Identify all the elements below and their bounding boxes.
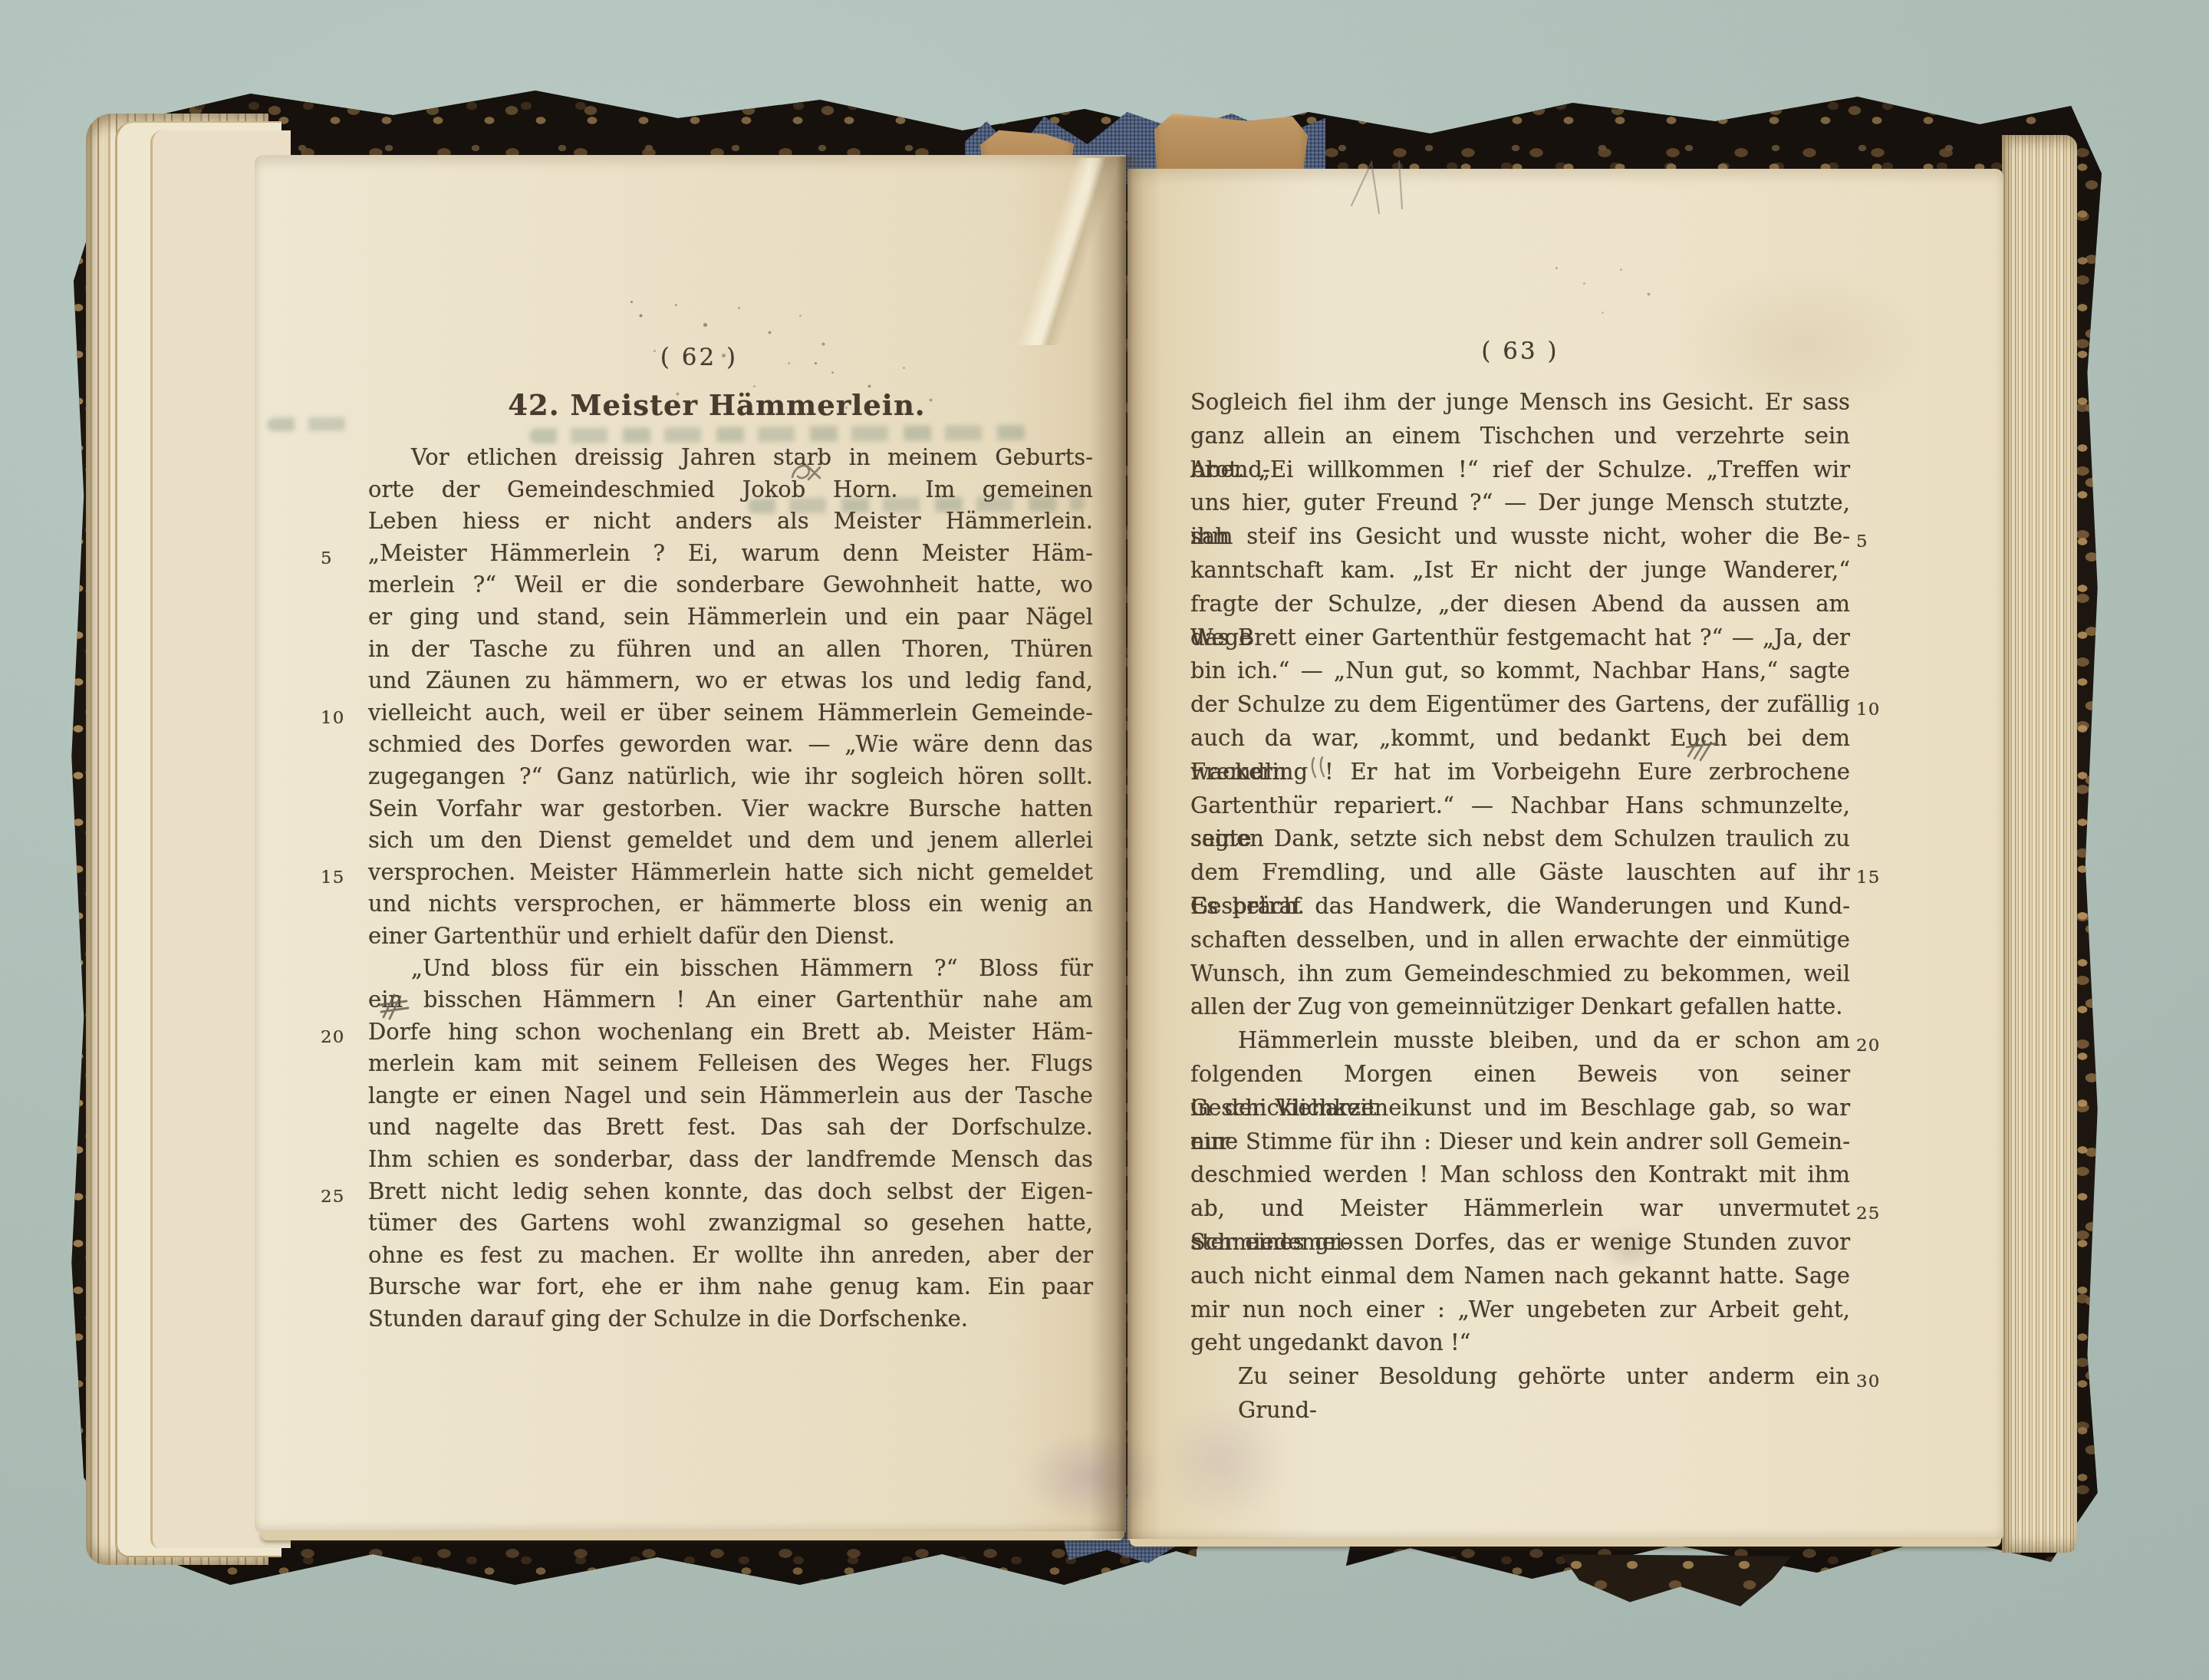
line-text: einer Gartenthür und erhielt dafür den D… bbox=[368, 923, 895, 949]
line-number: 25 bbox=[321, 1181, 360, 1214]
text-line: auch nicht einmal dem Namen nach gekannt… bbox=[1190, 1260, 1850, 1293]
text-line: in der Vieharzeneikunst und im Beschlage… bbox=[1190, 1092, 1850, 1125]
ink-speckles-right bbox=[1556, 267, 1558, 269]
line-text: Hämmerlein musste bleiben, und da er sch… bbox=[1238, 1027, 1850, 1053]
book-photo: ( 62 ) 42. Meister Hämmerlein. Vor etlic… bbox=[0, 0, 2209, 1680]
text-line: merlein ?“ Weil er die sonderbare Gewohn… bbox=[368, 569, 1093, 601]
text-line: in der Tasche zu führen und an allen Tho… bbox=[368, 634, 1093, 666]
right-fore-edge-stack bbox=[2002, 135, 2077, 1553]
line-text: Es betraf das Handwerk, die Wanderungen … bbox=[1190, 893, 1850, 919]
line-text: Vor etlichen dreissig Jahren starb in me… bbox=[411, 444, 1093, 470]
text-line: 5ihm steif ins Gesicht und wusste nicht,… bbox=[1190, 520, 1850, 554]
line-text: brot. „Ei willkommen !“ rief der Schulze… bbox=[1190, 456, 1850, 483]
text-line: brot. „Ei willkommen !“ rief der Schulze… bbox=[1190, 453, 1850, 487]
text-line: 30Zu seiner Besoldung gehörte unter ande… bbox=[1190, 1360, 1850, 1394]
line-text: Dorfe hing schon wochenlang ein Brett ab… bbox=[368, 1019, 1093, 1045]
line-text: und nagelte das Brett fest. Das sah der … bbox=[368, 1114, 1093, 1140]
text-line: schaften desselben, und in allen erwacht… bbox=[1190, 924, 1850, 957]
line-text: Ihm schien es sonderbar, dass der landfr… bbox=[368, 1146, 1093, 1172]
line-number: 20 bbox=[1856, 1029, 1896, 1063]
text-line: eine Stimme für ihn : Dieser und kein an… bbox=[1190, 1125, 1850, 1159]
pencil-scribble-horn bbox=[790, 459, 824, 488]
pencil-scribble-eure bbox=[1684, 735, 1723, 766]
line-text: eine Stimme für ihn : Dieser und kein an… bbox=[1190, 1128, 1850, 1155]
line-text: und nichts versprochen, er hämmerte blos… bbox=[368, 891, 1093, 917]
line-text: Leben hiess er nicht anders als Meister … bbox=[368, 508, 1093, 534]
line-number: 20 bbox=[321, 1022, 360, 1054]
line-text: zugegangen ?“ Ganz natürlich, wie ihr so… bbox=[368, 763, 1093, 789]
text-line: 5„Meister Hämmerlein ? Ei, warum denn Me… bbox=[368, 538, 1093, 570]
text-line: einer Gartenthür und erhielt dafür den D… bbox=[368, 921, 1093, 953]
story-title: 42. Meister Hämmerlein. bbox=[354, 388, 1079, 422]
text-line: ein bisschen Hämmern ! An einer Gartenth… bbox=[368, 984, 1093, 1016]
ink-speckles-header bbox=[630, 301, 633, 303]
text-line: 15dem Fremdling, und alle Gäste lauschte… bbox=[1190, 856, 1850, 890]
line-text: er ging und stand, sein Hämmerlein und e… bbox=[368, 604, 1093, 630]
show-through-text-3 bbox=[267, 417, 359, 432]
line-text: auch nicht einmal dem Namen nach gekannt… bbox=[1190, 1263, 1850, 1289]
line-text: das Brett einer Gartenthür festgemacht h… bbox=[1190, 624, 1850, 651]
text-line: ganz allein an einem Tischchen und verze… bbox=[1190, 420, 1850, 453]
line-text: Sogleich fiel ihm der junge Mensch ins G… bbox=[1190, 389, 1850, 415]
line-text: sich um den Dienst gemeldet und dem und … bbox=[368, 827, 1093, 853]
text-line: auch da war, „kommt, und bedankt Euch be… bbox=[1190, 722, 1850, 756]
line-text: Sein Vorfahr war gestorben. Vier wackre … bbox=[368, 796, 1093, 822]
text-line: Fremdling ! Er hat im Vorbeigehn Eure ze… bbox=[1190, 756, 1850, 789]
text-line: Leben hiess er nicht anders als Meister … bbox=[368, 506, 1093, 538]
page-62-bottom-edge bbox=[261, 1531, 1124, 1540]
line-text: seinen Dank, setzte sich nebst dem Schul… bbox=[1190, 825, 1850, 852]
line-text: Bursche war fort, ehe er ihm nahe genug … bbox=[368, 1273, 1093, 1300]
text-line: deschmied werden ! Man schloss den Kontr… bbox=[1190, 1158, 1850, 1192]
text-line: Vor etlichen dreissig Jahren starb in me… bbox=[368, 442, 1093, 474]
text-line: uns hier, guter Freund ?“ — Der junge Me… bbox=[1190, 486, 1850, 520]
line-text: „Und bloss für ein bisschen Hämmern ?“ B… bbox=[411, 955, 1093, 981]
text-line: tümer des Gartens wohl zwanzigmal so ges… bbox=[368, 1207, 1093, 1240]
text-line: und nagelte das Brett fest. Das sah der … bbox=[368, 1112, 1093, 1144]
text-line: 25Brett nicht ledig sehen konnte, das do… bbox=[368, 1176, 1093, 1208]
line-number: 15 bbox=[321, 862, 360, 894]
line-number: 10 bbox=[1856, 693, 1896, 727]
text-line: allen der Zug von gemeinnütziger Denkart… bbox=[1190, 990, 1850, 1024]
line-text: ihm steif ins Gesicht und wusste nicht, … bbox=[1190, 523, 1850, 549]
line-text: Wunsch, ihn zum Gemeindeschmied zu bekom… bbox=[1190, 960, 1850, 987]
line-text: deschmied werden ! Man schloss den Kontr… bbox=[1190, 1161, 1850, 1188]
text-line: schmied des Dorfes geworden war. — „Wie … bbox=[368, 729, 1093, 761]
line-text: merlein kam mit seinem Felleisen des Weg… bbox=[368, 1050, 1093, 1076]
line-text: Fremdling ! Er hat im Vorbeigehn Eure ze… bbox=[1190, 759, 1850, 785]
pencil-corner-strokes bbox=[1344, 155, 1417, 244]
line-text: orte der Gemeindeschmied Jokob Horn. Im … bbox=[368, 476, 1093, 502]
text-line: mir nun noch einer : „Wer ungebeten zur … bbox=[1190, 1293, 1850, 1327]
text-line: 20Hämmerlein musste bleiben, und da er s… bbox=[1190, 1024, 1850, 1058]
line-number: 5 bbox=[321, 543, 360, 575]
text-line: Ihm schien es sonderbar, dass der landfr… bbox=[368, 1144, 1093, 1176]
line-text: und Zäunen zu hämmern, wo er etwas los u… bbox=[368, 667, 1093, 693]
line-text: ein bisschen Hämmern ! An einer Gartenth… bbox=[368, 987, 1093, 1013]
text-line: ster eines grossen Dorfes, das er wenige… bbox=[1190, 1226, 1850, 1260]
line-text: ster eines grossen Dorfes, das er wenige… bbox=[1190, 1229, 1850, 1255]
line-text: tümer des Gartens wohl zwanzigmal so ges… bbox=[368, 1210, 1093, 1236]
text-line: kanntschaft kam. „Ist Er nicht der junge… bbox=[1190, 554, 1850, 588]
text-line: Sogleich fiel ihm der junge Mensch ins G… bbox=[1190, 386, 1850, 420]
text-line: seinen Dank, setzte sich nebst dem Schul… bbox=[1190, 822, 1850, 856]
text-line: Gartenthür repariert.“ — Nachbar Hans sc… bbox=[1190, 789, 1850, 823]
text-line: 15versprochen. Meister Hämmerlein hatte … bbox=[368, 857, 1093, 889]
line-text: „Meister Hämmerlein ? Ei, warum denn Mei… bbox=[368, 540, 1093, 566]
text-line: Bursche war fort, ehe er ihm nahe genug … bbox=[368, 1271, 1093, 1303]
text-line: geht ungedankt davon !“ bbox=[1190, 1326, 1850, 1360]
text-line: Es betraf das Handwerk, die Wanderungen … bbox=[1190, 890, 1850, 924]
text-line: Stunden darauf ging der Schulze in die D… bbox=[368, 1303, 1093, 1336]
line-text: geht ungedankt davon !“ bbox=[1190, 1329, 1470, 1356]
running-head-63: ( 63 ) bbox=[1190, 338, 1850, 365]
text-line: 10der Schulze zu dem Eigentümer des Gart… bbox=[1190, 688, 1850, 722]
running-head-62: ( 62 ) bbox=[337, 344, 1062, 371]
line-number: 30 bbox=[1856, 1365, 1896, 1399]
line-text: bin ich.“ — „Nun gut, so kommt, Nachbar … bbox=[1190, 657, 1850, 684]
line-text: ohne es fest zu machen. Er wollte ihn an… bbox=[368, 1242, 1093, 1268]
line-text: in der Tasche zu führen und an allen Tho… bbox=[368, 636, 1093, 662]
text-line: 20Dorfe hing schon wochenlang ein Brett … bbox=[368, 1016, 1093, 1049]
line-text: versprochen. Meister Hämmerlein hatte si… bbox=[368, 859, 1093, 885]
line-text: vielleicht auch, weil er über seinem Häm… bbox=[368, 700, 1093, 726]
text-line: folgenden Morgen einen Beweis von seiner… bbox=[1190, 1058, 1850, 1092]
text-line: 10vielleicht auch, weil er über seinem H… bbox=[368, 697, 1093, 730]
text-line: fragte der Schulze, „der diesen Abend da… bbox=[1190, 588, 1850, 621]
text-line: langte er einen Nagel und sein Hämmerlei… bbox=[368, 1080, 1093, 1112]
text-line: bin ich.“ — „Nun gut, so kommt, Nachbar … bbox=[1190, 654, 1850, 688]
gutter-shadow bbox=[1089, 156, 1160, 1539]
line-text: merlein ?“ Weil er die sonderbare Gewohn… bbox=[368, 572, 1093, 598]
line-text: der Schulze zu dem Eigentümer des Garten… bbox=[1190, 691, 1850, 717]
pencil-scribble-und bbox=[377, 991, 413, 1023]
line-text: allen der Zug von gemeinnütziger Denkart… bbox=[1190, 993, 1842, 1020]
line-number: 15 bbox=[1856, 861, 1896, 895]
line-text: kanntschaft kam. „Ist Er nicht der junge… bbox=[1190, 557, 1850, 583]
line-number: 25 bbox=[1856, 1197, 1896, 1231]
page-63-text: Sogleich fiel ihm der junge Mensch ins G… bbox=[1190, 386, 1850, 1394]
text-line: Sein Vorfahr war gestorben. Vier wackre … bbox=[368, 793, 1093, 825]
text-line: sich um den Dienst gemeldet und dem und … bbox=[368, 825, 1093, 857]
line-text: langte er einen Nagel und sein Hämmerlei… bbox=[368, 1082, 1093, 1108]
text-line: und Zäunen zu hämmern, wo er etwas los u… bbox=[368, 665, 1093, 697]
page-62-text: Vor etlichen dreissig Jahren starb in me… bbox=[368, 442, 1093, 1336]
text-line: „Und bloss für ein bisschen Hämmern ?“ B… bbox=[368, 953, 1093, 985]
line-text: mir nun noch einer : „Wer ungebeten zur … bbox=[1190, 1296, 1850, 1323]
text-line: er ging und stand, sein Hämmerlein und e… bbox=[368, 601, 1093, 634]
text-line: Wunsch, ihn zum Gemeindeschmied zu bekom… bbox=[1190, 957, 1850, 991]
line-number: 10 bbox=[321, 703, 360, 735]
line-text: schmied des Dorfes geworden war. — „Wie … bbox=[368, 731, 1093, 757]
line-text: Stunden darauf ging der Schulze in die D… bbox=[368, 1306, 968, 1332]
text-line: merlein kam mit seinem Felleisen des Weg… bbox=[368, 1048, 1093, 1080]
text-line: orte der Gemeindeschmied Jokob Horn. Im … bbox=[368, 474, 1093, 506]
text-line: und nichts versprochen, er hämmerte blos… bbox=[368, 888, 1093, 921]
text-line: zugegangen ?“ Ganz natürlich, wie ihr so… bbox=[368, 761, 1093, 793]
text-line: ohne es fest zu machen. Er wollte ihn an… bbox=[368, 1240, 1093, 1272]
pencil-tick-fremdling bbox=[1309, 755, 1328, 781]
line-text: schaften desselben, und in allen erwacht… bbox=[1190, 927, 1850, 953]
line-text: Brett nicht ledig sehen konnte, das doch… bbox=[368, 1178, 1093, 1204]
line-number: 5 bbox=[1856, 525, 1896, 559]
text-line: das Brett einer Gartenthür festgemacht h… bbox=[1190, 621, 1850, 655]
text-line: 25ab, und Meister Hämmerlein war unvermu… bbox=[1190, 1192, 1850, 1226]
page-63-bottom-edge bbox=[1130, 1539, 2001, 1547]
